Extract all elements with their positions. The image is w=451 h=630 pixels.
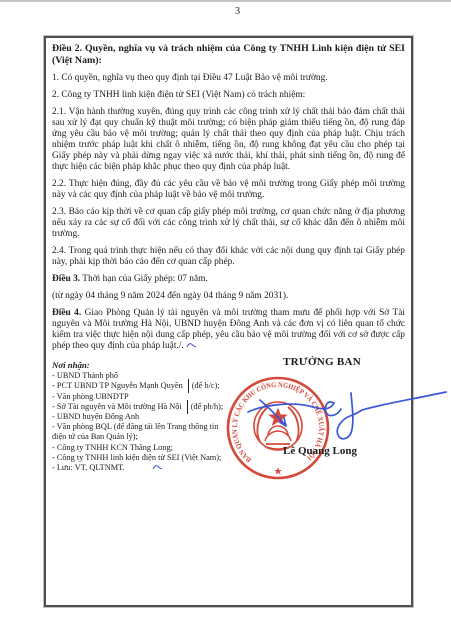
- page-number: 3: [24, 6, 451, 17]
- scan-edge-line: [0, 0, 451, 2]
- signer-title: TRƯỞNG BAN: [252, 356, 392, 368]
- article2-body: 1. Có quyền, nghĩa vụ theo quy định tại …: [52, 73, 405, 268]
- signature-block: Nơi nhận: - UBND Thành phố - PCT UBND TP…: [52, 358, 405, 578]
- pen-mark-icon: [186, 341, 197, 349]
- recipient-note: (để b/c);: [188, 381, 220, 391]
- pen-mark-icon: [152, 463, 163, 471]
- article3-text: Thời hạn của Giấy phép: 07 năm.: [80, 274, 208, 284]
- recipients-heading: Nơi nhận:: [52, 360, 90, 370]
- article-paragraph: 2.1. Vận hành thường xuyên, đúng quy trì…: [52, 107, 405, 173]
- article-paragraph: 2.3. Báo cáo kịp thời về cơ quan cấp giấ…: [52, 207, 405, 240]
- article3-label: Điều 3.: [52, 274, 80, 284]
- article4-text: Giao Phòng Quản lý tài nguyên và môi trư…: [52, 308, 405, 351]
- article-paragraph: 2.4. Trong quá trình thực hiện nếu có th…: [52, 246, 405, 268]
- document-border-box: Điều 2. Quyền, nghĩa vụ và trách nhiệm c…: [44, 36, 413, 607]
- article-paragraph: 1. Có quyền, nghĩa vụ theo quy định tại …: [52, 73, 405, 84]
- article-paragraph: 2.2. Thực hiện đúng, đầy đủ các yêu cầu …: [52, 179, 405, 201]
- recipient-note: (để ph/h);: [187, 402, 224, 412]
- signer-name: Lê Quang Long: [250, 445, 390, 457]
- article4-label: Điều 4.: [52, 308, 81, 318]
- article3-paragraph: Điều 3. Thời hạn của Giấy phép: 07 năm.: [52, 274, 405, 285]
- signature-icon: [238, 381, 450, 476]
- article-paragraph: 2. Công ty TNHH linh kiện điện tử SEI (V…: [52, 90, 405, 101]
- document-page: 3 Điều 2. Quyền, nghĩa vụ và trách nhiệm…: [0, 0, 451, 630]
- article2-title: Điều 2. Quyền, nghĩa vụ và trách nhiệm c…: [52, 43, 405, 66]
- article4-paragraph: Điều 4. Giao Phòng Quản lý tài nguyên và…: [52, 308, 405, 352]
- article3-duration-note: (từ ngày 04 tháng 9 năm 2024 đến ngày 04…: [52, 291, 405, 302]
